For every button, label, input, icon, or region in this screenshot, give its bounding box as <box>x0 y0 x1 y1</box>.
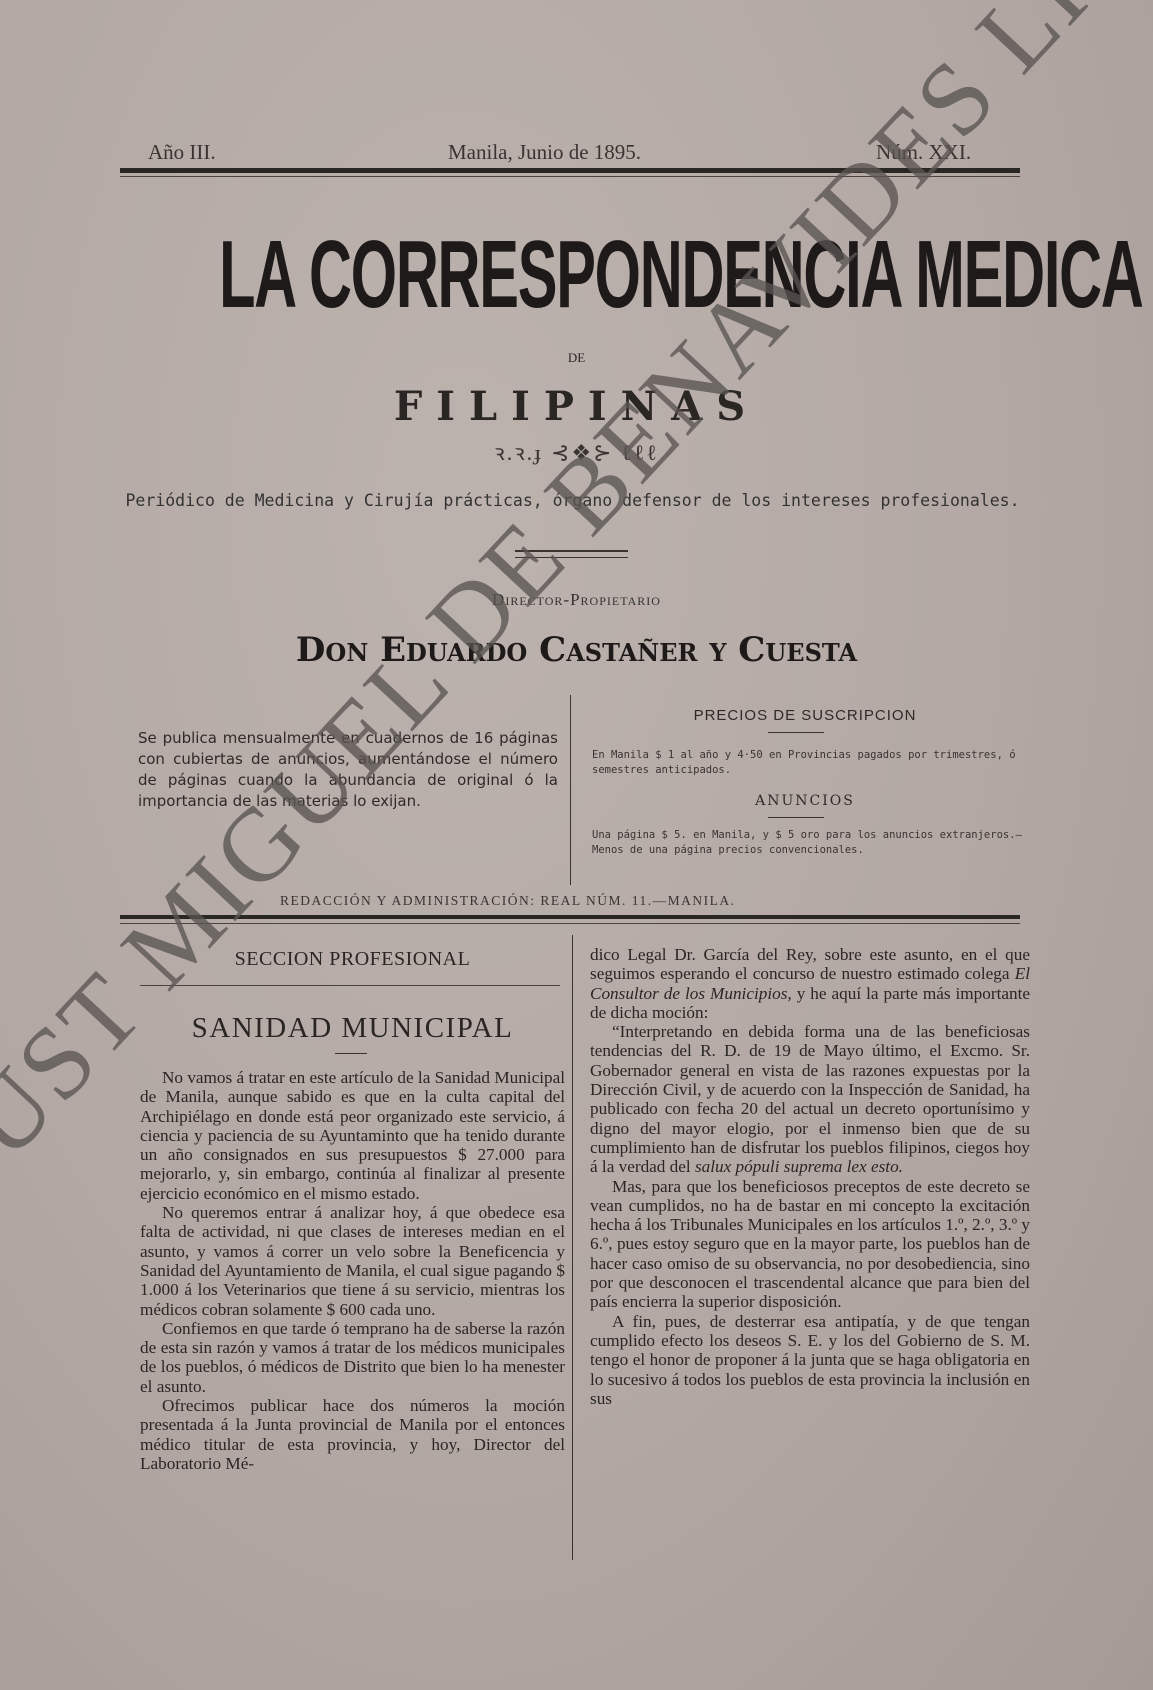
address-line: REDACCIÓN Y ADMINISTRACIÓN: REAL NÚM. 11… <box>280 893 980 909</box>
issue-number: Núm. XXI. <box>876 140 971 165</box>
article-title-rule <box>335 1053 367 1054</box>
ornament-icon: ꝛ.ꝛ.ɟ ⊰❖⊱ ℓℓℓ <box>0 437 1153 467</box>
masthead: Año III. Manila, Junio de 1895. Núm. XXI… <box>148 140 1018 170</box>
text-run: dico Legal Dr. García del Rey, sobre est… <box>590 945 1030 983</box>
subtitle: Periódico de Medicina y Cirujía práctica… <box>120 490 1025 512</box>
paragraph: Confiemos en que tarde ó temprano ha de … <box>140 1319 565 1396</box>
title-connector: DE <box>0 350 1153 366</box>
section-rule <box>140 985 560 986</box>
masthead-rule-thin <box>120 176 1020 177</box>
ads-rule <box>768 817 824 818</box>
publication-title: LA CORRESPONDENCIA MEDICA <box>219 225 934 325</box>
title-country: FILIPINAS <box>0 383 1153 430</box>
publication-info: Se publica mensualmente en cuadernos de … <box>138 728 558 812</box>
header-bottom-rule <box>120 915 1020 919</box>
paragraph: “Interpretando en debida forma una de la… <box>590 1022 1030 1176</box>
text-run: “Interpretando en debida forma una de la… <box>590 1022 1030 1176</box>
article-column-left: No vamos á tratar en este artículo de la… <box>140 1068 565 1473</box>
paragraph: Mas, para que los beneficiosos preceptos… <box>590 1177 1030 1312</box>
paragraph: A fin, pues, de desterrar esa antipatía,… <box>590 1312 1030 1408</box>
volume-year: Año III. <box>148 140 216 165</box>
masthead-rule <box>120 168 1020 173</box>
divider <box>515 550 628 558</box>
ads-text: Una página $ 5. en Manila, y $ 5 oro par… <box>592 828 1022 858</box>
paragraph: Ofrecimos publicar hace dos números la m… <box>140 1396 565 1473</box>
prices-title: PRECIOS DE SUSCRIPCION <box>580 707 1030 724</box>
section-title: SECCION PROFESIONAL <box>140 948 565 971</box>
paragraph: No queremos entrar á analizar hoy, á que… <box>140 1203 565 1319</box>
ads-title: ANUNCIOS <box>580 793 1030 809</box>
paragraph: dico Legal Dr. García del Rey, sobre est… <box>590 945 1030 1022</box>
header-bottom-rule-thin <box>120 923 1020 924</box>
place-date: Manila, Junio de 1895. <box>448 140 641 165</box>
column-divider <box>570 695 571 885</box>
article-title: SANIDAD MUNICIPAL <box>140 1012 565 1045</box>
director-name: Don Eduardo Castañer y Cuesta <box>0 630 1153 670</box>
latin-quote: salux pópuli suprema lex esto. <box>695 1157 903 1176</box>
director-label: Director-Propietario <box>0 590 1153 610</box>
article-column-right: dico Legal Dr. García del Rey, sobre est… <box>590 945 1030 1408</box>
prices-text: En Manila $ 1 al año y 4·50 en Provincia… <box>592 748 1022 778</box>
prices-rule <box>768 732 824 733</box>
paragraph: No vamos á tratar en este artículo de la… <box>140 1068 565 1203</box>
article-column-divider <box>572 935 573 1560</box>
